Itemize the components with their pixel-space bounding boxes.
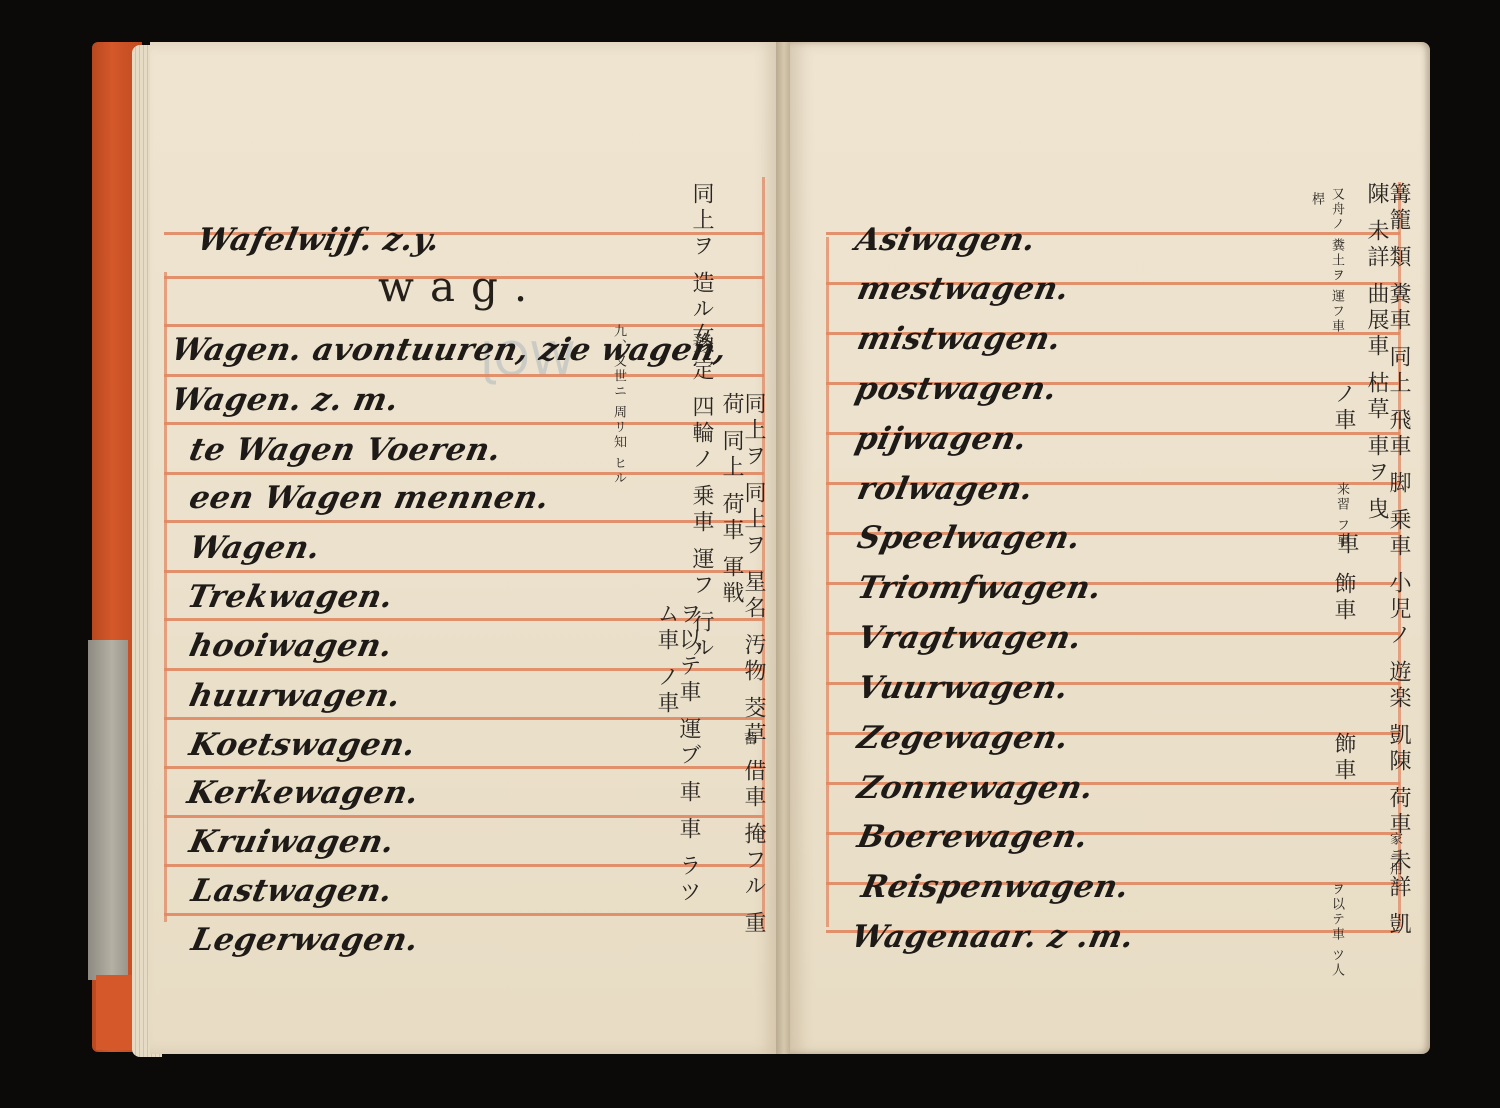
jp-annotation: ヲ以テ車 ツ人 [1330, 882, 1343, 978]
entry: een Wagen mennen. [186, 480, 553, 516]
rule-line [164, 324, 764, 327]
jp-annotation: 九、又世ニ 周リ知 ヒル [612, 324, 625, 486]
entry: Legerwagen. [188, 922, 422, 958]
entry: Reispenwagen. [858, 869, 1132, 905]
entry: Triomfwagen. [854, 570, 1105, 606]
entry: Boerewagen. [854, 819, 1091, 855]
entry: Speelwagen. [854, 520, 1084, 556]
rule-line [164, 374, 764, 377]
entry: pijwagen. [852, 421, 1030, 457]
entry: Zonnewagen. [854, 770, 1097, 806]
entry-top: Wafelwijf. z.y. [194, 222, 443, 258]
entry: Trekwagen. [184, 579, 397, 615]
jp-annotation: 飾車 [1332, 572, 1354, 624]
margin-rule-left [164, 272, 167, 922]
jp-annotation: 桿 [1310, 192, 1323, 207]
entry: mestwagen. [854, 271, 1072, 307]
entry: te Wagen Voeren. [186, 432, 504, 468]
jp-annotation: 同上ヲ 同上ヲ 星名 汚物 茭草 借車 掩フル 重荷 同上 荷車 軍戦 [720, 392, 764, 952]
entry: mistwagen. [854, 321, 1065, 357]
entry: Zegewagen. [854, 720, 1072, 756]
entry: Koetswagen. [186, 727, 419, 763]
entry: Wagenaar. z .m. [848, 919, 1137, 955]
entry: postwagen. [852, 371, 1060, 407]
jp-annotation: 飾車 [1332, 732, 1354, 784]
jp-annotation: 車 [1335, 532, 1357, 558]
jp-annotation: 同上ヲ 造ル女 [690, 182, 712, 349]
entry: hooiwagen. [186, 628, 396, 664]
entry: Wagen. [186, 530, 324, 566]
entry: Kerkewagen. [184, 775, 422, 811]
jp-annotation: ヲ以テ車 運ブ 車 車 ラツム車 ノ車 [655, 602, 699, 922]
rule-line [164, 570, 764, 573]
jp-annotation: 蓄 [742, 732, 755, 747]
entry: Kruiwagen. [186, 824, 398, 860]
left-page: WOJ Wafelwijf. z.y. wag. Wagen. avontuur… [150, 42, 778, 1054]
rule-line [164, 520, 764, 523]
jp-annotation: 家ニ用ル [1388, 832, 1401, 892]
entry: Wagen. z. m. [168, 382, 402, 418]
rule-line [164, 472, 764, 475]
entry: Lastwagen. [188, 873, 396, 909]
entry: huurwagen. [186, 678, 404, 714]
right-page: Asiwagen. mestwagen. mistwagen. postwage… [790, 42, 1430, 1054]
jp-annotation: ノ車 [1332, 382, 1354, 434]
cover-corner [96, 975, 134, 1050]
entry: Vragtwagen. [854, 620, 1085, 656]
open-book: WOJ Wafelwijf. z.y. wag. Wagen. avontuur… [0, 0, 1500, 1108]
jp-annotation: 又舟ノ 糞土ヲ 運フ車 [1330, 187, 1343, 334]
entry: Asiwagen. [852, 222, 1039, 258]
rule-line [164, 422, 764, 425]
entry: rolwagen. [854, 471, 1036, 507]
headword: wag. [378, 262, 543, 311]
cover-worn-area [88, 640, 128, 980]
entry: Vuurwagen. [854, 670, 1072, 706]
entry: Wagen. avontuuren, zie wagen, [168, 332, 730, 368]
